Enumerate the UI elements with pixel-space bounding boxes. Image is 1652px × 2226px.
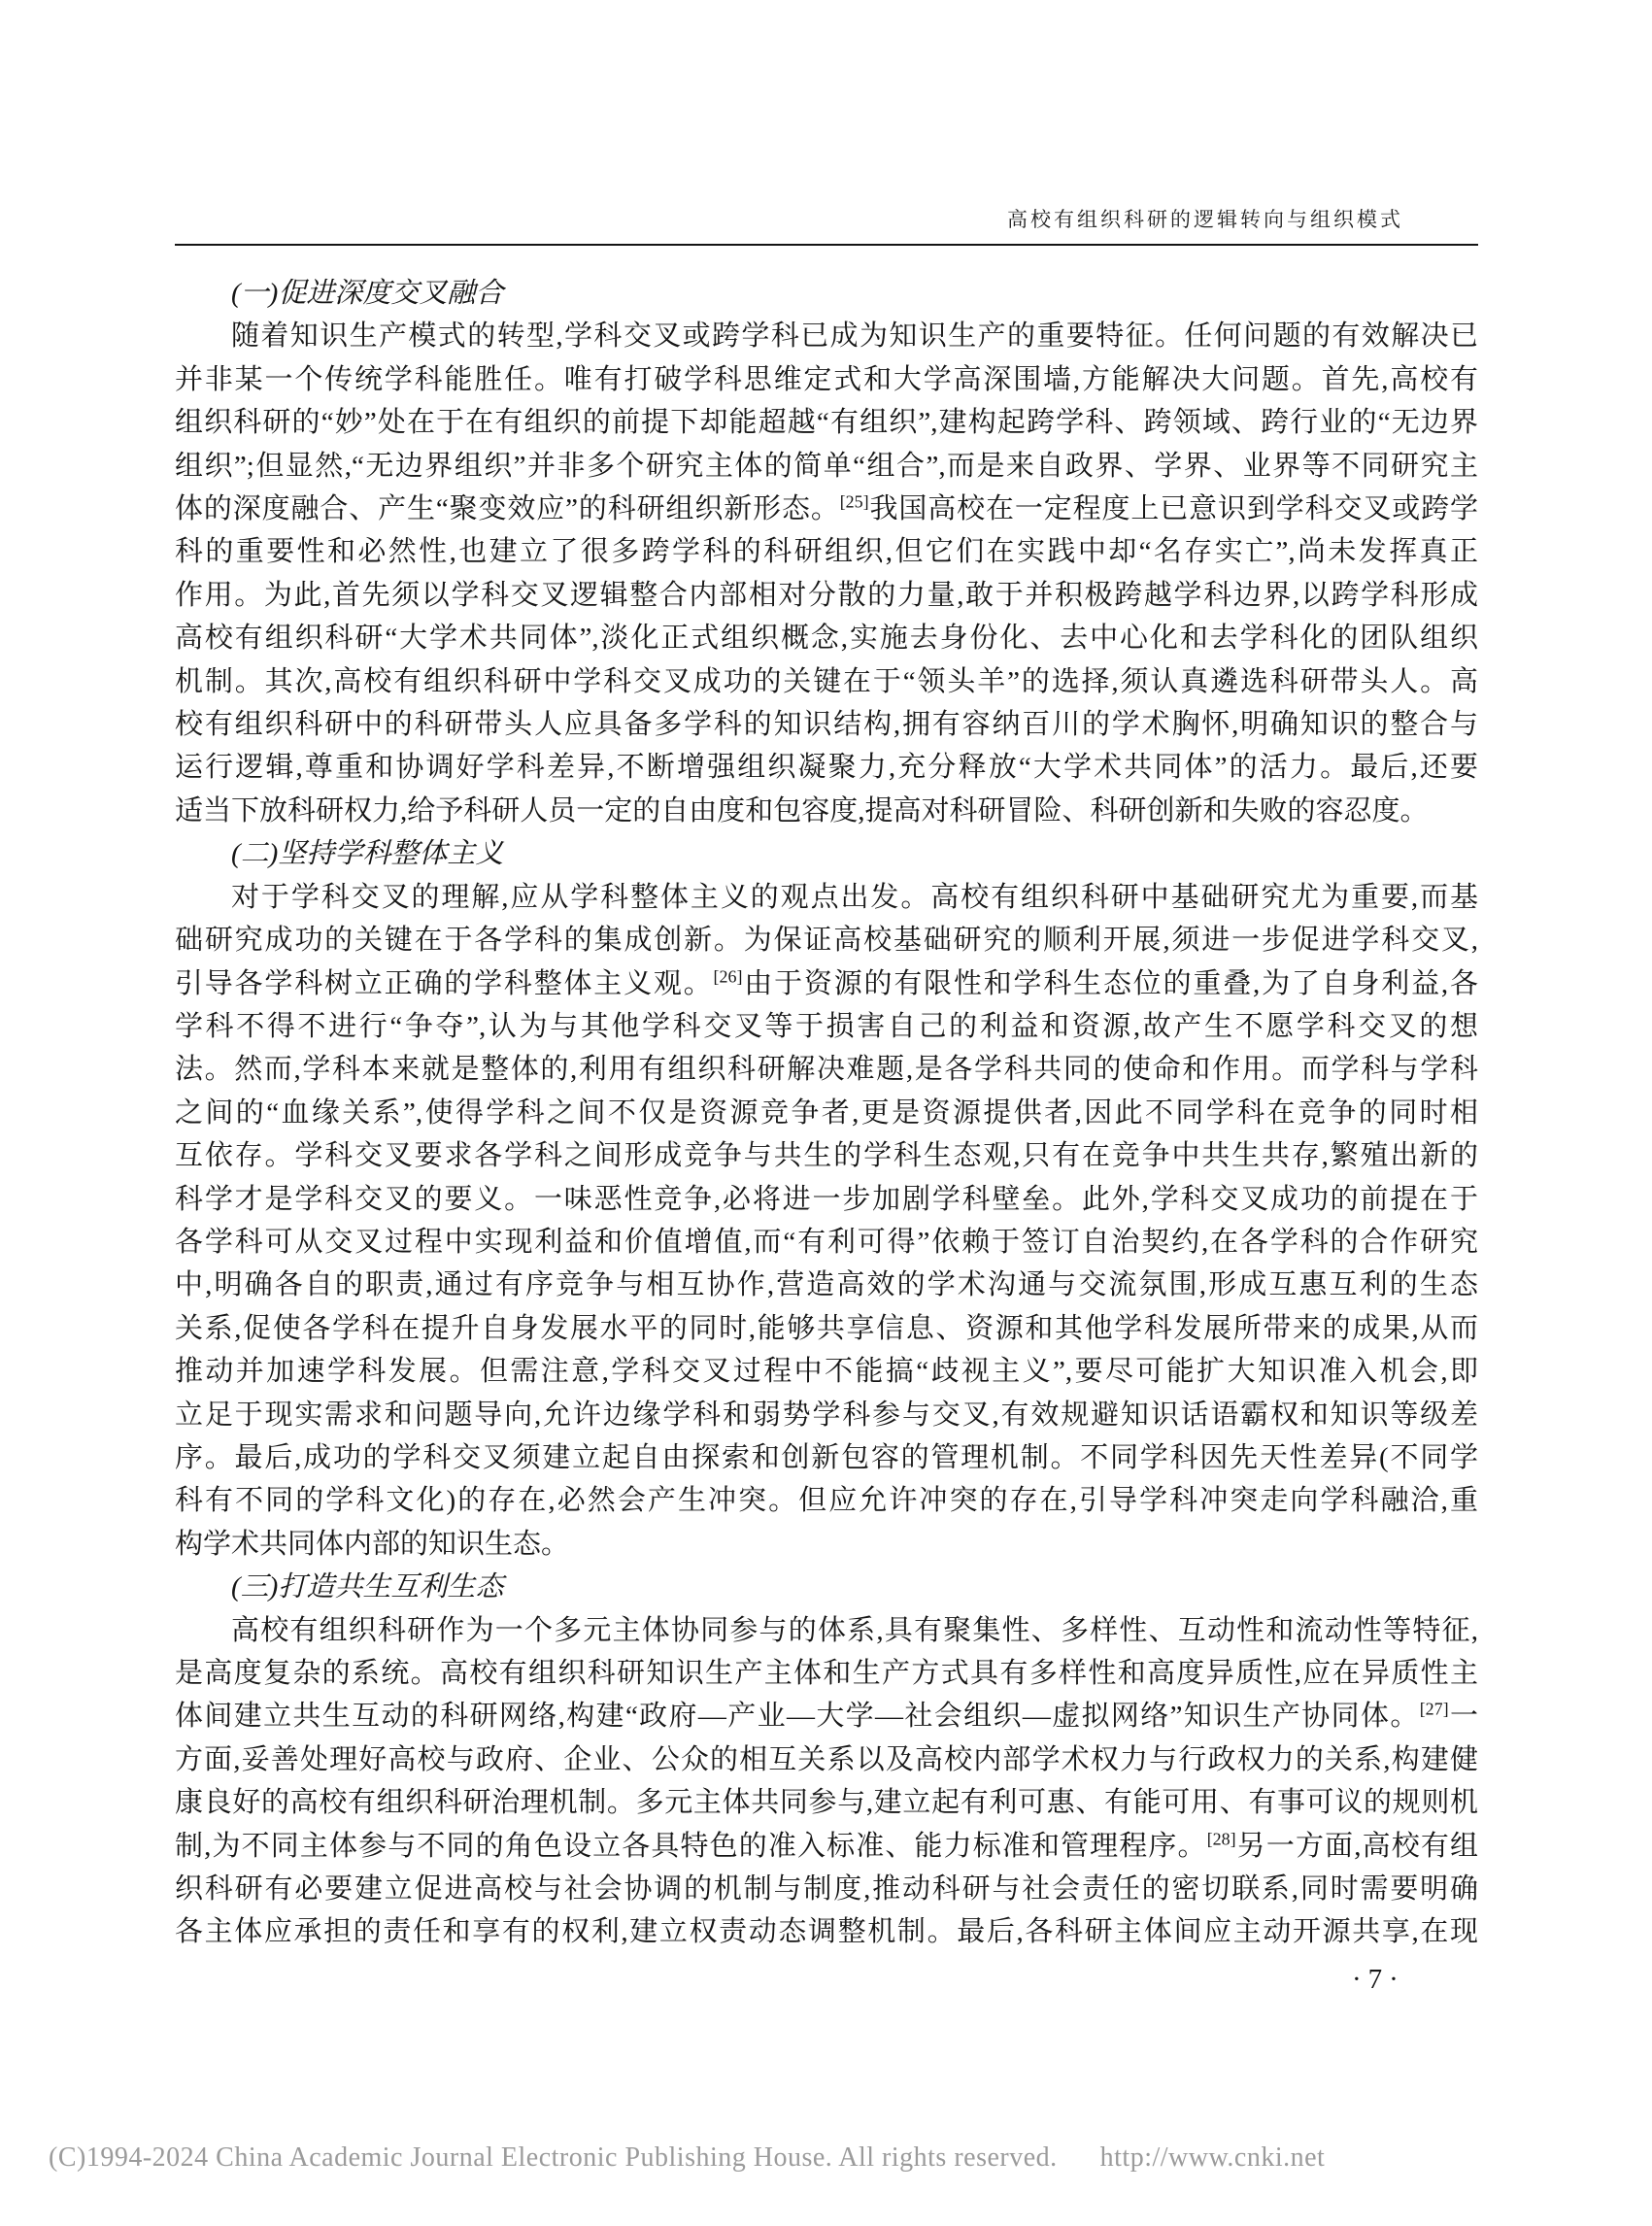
text-line: 组织科研的“妙”处在于在有组织的前提下却能超越“有组织”,建构起跨学科、跨领域、…	[175, 401, 1478, 444]
text-line: 校有组织科研中的科研带头人应具备多学科的知识结构,拥有容纳百川的学术胸怀,明确知…	[175, 703, 1478, 746]
text-line: 制,为不同主体参与不同的角色设立各具特色的准入标准、能力标准和管理程序。[28]…	[175, 1825, 1478, 1868]
footer-copyright: (C)1994-2024 China Academic Journal Elec…	[49, 2142, 1058, 2173]
text-line: 高校有组织科研“大学术共同体”,淡化正式组织概念,实施去身份化、去中心化和去学科…	[175, 617, 1478, 659]
text-line: 引导各学科树立正确的学科整体主义观。[26]由于资源的有限性和学科生态位的重叠,…	[175, 962, 1478, 1005]
text-line: 互依存。学科交叉要求各学科之间形成竞争与共生的学科生态观,只有在竞争中共生共存,…	[175, 1134, 1478, 1177]
text-line: 推动并加速学科发展。但需注意,学科交叉过程中不能搞“歧视主义”,要尽可能扩大知识…	[175, 1350, 1478, 1393]
text-line: 康良好的高校有组织科研治理机制。多元主体共同参与,建立起有利可惠、有能可用、有事…	[175, 1781, 1478, 1824]
text-line: 适当下放科研权力,给予科研人员一定的自由度和包容度,提高对科研冒险、科研创新和失…	[175, 790, 1478, 832]
text-line: 各学科可从交叉过程中实现利益和价值增值,而“有利可得”依赖于签订自治契约,在各学…	[175, 1221, 1478, 1264]
text-line: 机制。其次,高校有组织科研中学科交叉成功的关键在于“领头羊”的选择,须认真遴选科…	[175, 660, 1478, 703]
text-line: 作用。为此,首先须以学科交叉逻辑整合内部相对分散的力量,敢于并积极跨越学科边界,…	[175, 574, 1478, 617]
section-heading: (三)打造共生互利生态	[175, 1566, 1478, 1608]
text-line: 各主体应承担的责任和享有的权利,建立权责动态调整机制。最后,各科研主体间应主动开…	[175, 1910, 1478, 1953]
text-line: 是高度复杂的系统。高校有组织科研知识生产主体和生产方式具有多样性和高度异质性,应…	[175, 1652, 1478, 1695]
text-line: 序。最后,成功的学科交叉须建立起自由探索和创新包容的管理机制。不同学科因先天性差…	[175, 1436, 1478, 1479]
section-heading: (一)促进深度交叉融合	[175, 272, 1478, 315]
running-title: 高校有组织科研的逻辑转向与组织模式	[175, 204, 1403, 233]
text-line: 运行逻辑,尊重和协调好学科差异,不断增强组织凝聚力,充分释放“大学术共同体”的活…	[175, 746, 1478, 789]
text-line: 科的重要性和必然性,也建立了很多跨学科的科研组织,但它们在实践中却“名存实亡”,…	[175, 530, 1478, 573]
text-line: 组织”;但显然,“无边界组织”并非多个研究主体的简单“组合”,而是来自政界、学界…	[175, 445, 1478, 488]
document-page: 高校有组织科研的逻辑转向与组织模式 (一)促进深度交叉融合随着知识生产模式的转型…	[0, 0, 1652, 2226]
text-line: 高校有组织科研作为一个多元主体协同参与的体系,具有聚集性、多样性、互动性和流动性…	[175, 1609, 1478, 1652]
section-heading: (二)坚持学科整体主义	[175, 832, 1478, 875]
text-line: 科学才是学科交叉的要义。一味恶性竞争,必将进一步加剧学科壁垒。此外,学科交叉成功…	[175, 1178, 1478, 1221]
text-line: 法。然而,学科本来就是整体的,利用有组织科研解决难题,是各学科共同的使命和作用。…	[175, 1048, 1478, 1091]
text-line: 之间的“血缘关系”,使得学科之间不仅是资源竞争者,更是资源提供者,因此不同学科在…	[175, 1092, 1478, 1134]
text-line: 学科不得不进行“争夺”,认为与其他学科交叉等于损害自己的利益和资源,故产生不愿学…	[175, 1005, 1478, 1048]
text-line: 方面,妥善处理好高校与政府、企业、公众的相互关系以及高校内部学术权力与行政权力的…	[175, 1738, 1478, 1781]
text-line: 对于学科交叉的理解,应从学科整体主义的观点出发。高校有组织科研中基础研究尤为重要…	[175, 876, 1478, 919]
text-line: 立足于现实需求和问题导向,允许边缘学科和弱势学科参与交叉,有效规避知识话语霸权和…	[175, 1394, 1478, 1436]
footer-url: http://www.cnki.net	[1100, 2142, 1326, 2173]
text-line: 并非某一个传统学科能胜任。唯有打破学科思维定式和大学高深围墙,方能解决大问题。首…	[175, 358, 1478, 401]
header-rule	[175, 244, 1478, 246]
text-line: 关系,促使各学科在提升自身发展水平的同时,能够共享信息、资源和其他学科发展所带来…	[175, 1307, 1478, 1350]
text-line: 织科研有必要建立促进高校与社会协调的机制与制度,推动科研与社会责任的密切联系,同…	[175, 1868, 1478, 1910]
text-line: 科有不同的学科文化)的存在,必然会产生冲突。但应允许冲突的存在,引导学科冲突走向…	[175, 1479, 1478, 1522]
page-number: ·7·	[1352, 1964, 1405, 1996]
footer: (C)1994-2024 China Academic Journal Elec…	[49, 2142, 1325, 2174]
text-line: 构学术共同体内部的知识生态。	[175, 1523, 1478, 1566]
text-line: 础研究成功的关键在于各学科的集成创新。为保证高校基础研究的顺利开展,须进一步促进…	[175, 919, 1478, 961]
text-line: 体的深度融合、产生“聚变效应”的科研组织新形态。[25]我国高校在一定程度上已意…	[175, 488, 1478, 530]
body-text: (一)促进深度交叉融合随着知识生产模式的转型,学科交叉或跨学科已成为知识生产的重…	[175, 272, 1478, 1954]
text-line: 随着知识生产模式的转型,学科交叉或跨学科已成为知识生产的重要特征。任何问题的有效…	[175, 315, 1478, 357]
text-line: 体间建立共生互动的科研网络,构建“政府—产业—大学—社会组织—虚拟网络”知识生产…	[175, 1695, 1478, 1737]
text-line: 中,明确各自的职责,通过有序竞争与相互协作,营造高效的学术沟通与交流氛围,形成互…	[175, 1264, 1478, 1306]
